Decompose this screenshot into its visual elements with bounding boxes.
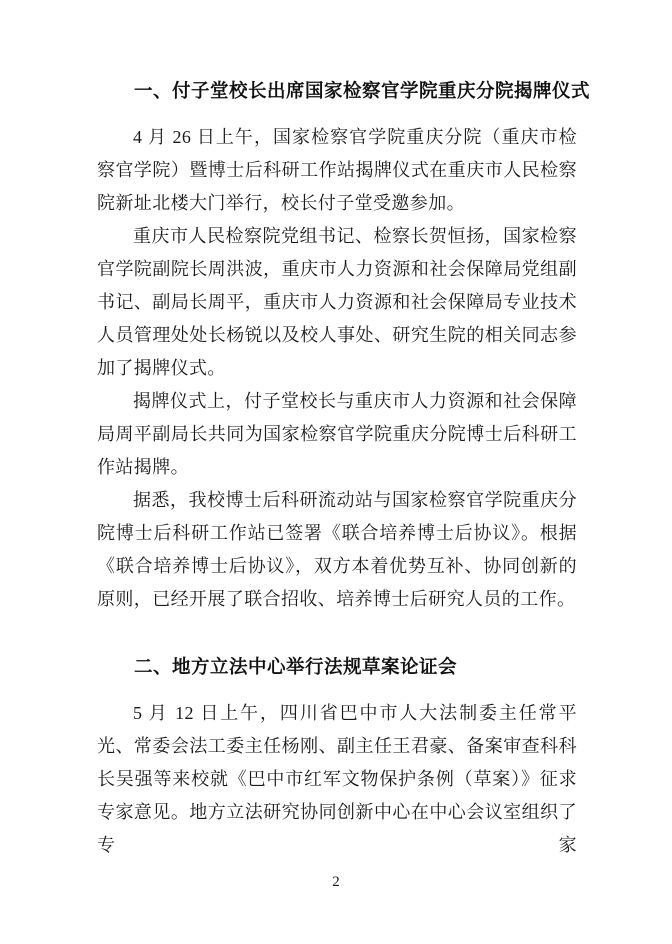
section-2-heading: 二、地方立法中心举行法规草案论证会: [97, 650, 577, 683]
section-1-paragraph-3: 揭牌仪式上，付子堂校长与重庆市人力资源和社会保障局周平副局长共同为国家检察官学院…: [97, 385, 577, 484]
section-1-paragraph-1: 4 月 26 日上午，国家检察官学院重庆分院（重庆市检察官学院）暨博士后科研工作…: [97, 121, 577, 220]
document-page: 一、付子堂校长出席国家检察官学院重庆分院揭牌仪式 4 月 26 日上午，国家检察…: [0, 0, 672, 944]
section-2-paragraph-1: 5 月 12 日上午，四川省巴中市人大法制委主任常平光、常委会法工委主任杨刚、副…: [97, 697, 577, 862]
section-1-paragraph-4: 据悉，我校博士后科研流动站与国家检察官学院重庆分院博士后科研工作站已签署《联合培…: [97, 484, 577, 616]
section-1-paragraph-2: 重庆市人民检察院党组书记、检察长贺恒扬，国家检察官学院副院长周洪波，重庆市人力资…: [97, 220, 577, 385]
page-number: 2: [0, 874, 672, 891]
section-1-heading: 一、付子堂校长出席国家检察官学院重庆分院揭牌仪式: [97, 74, 577, 107]
